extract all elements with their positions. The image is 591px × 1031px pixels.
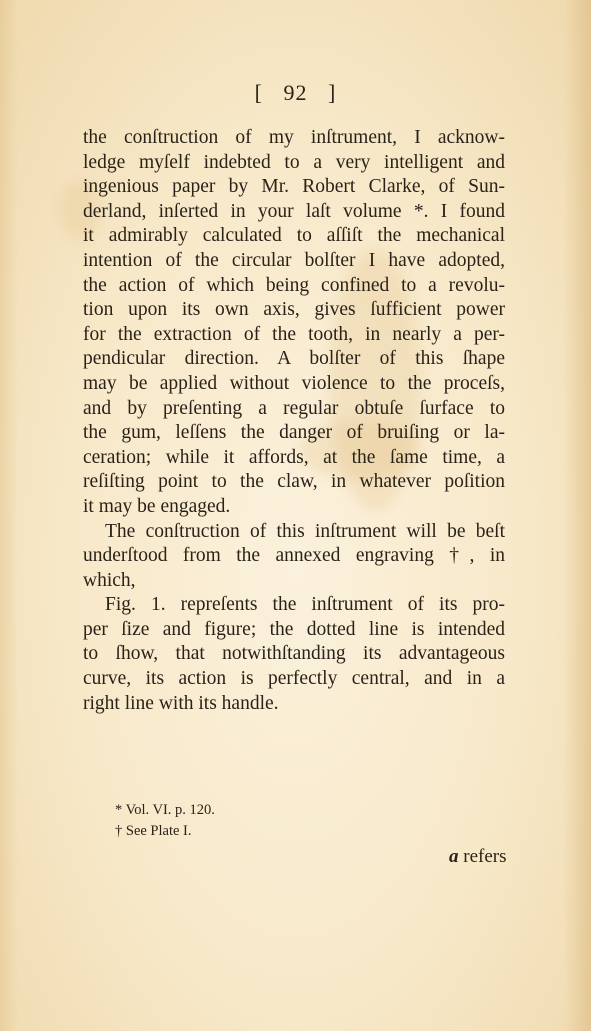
text-line: intention of the circular bolſter I have… [83,249,505,274]
text-line: right line with its handle. [83,692,505,717]
text-line: per ſize and figure; the dotted line is … [83,618,505,643]
page-number: [ 92 ] [0,80,591,106]
page-edge-shadow-left [0,0,18,1031]
text-line: ledge myſelf indebted to a very intellig… [83,151,505,176]
text-line: for the extraction of the tooth, in near… [83,323,505,348]
footnote-1: * Vol. VI. p. 120. [115,800,215,821]
text-line: ingenious paper by Mr. Robert Clarke, of… [83,175,505,200]
footnote-text: Vol. VI. p. 120. [126,802,215,818]
text-line: The conſtruction of this inſtrument will… [83,520,505,545]
text-line: pendicular direction. A bolſter of this … [83,347,505,372]
text-line: it may be engaged. [83,495,505,520]
text-line: and by preſenting a regular obtuſe ſurfa… [83,397,505,422]
footnote-marker: † [115,823,122,839]
text-line: the conſtruction of my inſtrument, I ack… [83,126,505,151]
body-text: the conſtruction of my inſtrument, I ack… [83,126,505,716]
text-line: derland, inſerted in your laſt volume *.… [83,200,505,225]
text-line: to ſhow, that notwithſtanding its advant… [83,642,505,667]
text-line: reſiſting point to the claw, in whatever… [83,470,505,495]
text-line: which, [83,569,505,594]
text-line: may be applied without violence to the p… [83,372,505,397]
catchword: a refers [449,846,507,868]
catchword-text: refers [463,846,506,867]
catchword-italic: a [449,846,459,867]
text-line: the action of which being confined to a … [83,274,505,299]
footnotes: * Vol. VI. p. 120. † See Plate I. [115,800,215,842]
text-line: ceration; while it affords, at the ſame … [83,446,505,471]
text-line: tion upon its own axis, gives ſufficient… [83,298,505,323]
footnote-text: See Plate I. [126,823,192,839]
page-edge-shadow-right [563,0,591,1031]
text-line: it admirably calculated to aſſiſt the me… [83,224,505,249]
footnote-2: † See Plate I. [115,821,215,842]
text-line: the gum, leſſens the danger of bruiſing … [83,421,505,446]
footnote-marker: * [115,802,122,818]
text-line: curve, its action is perfectly central, … [83,667,505,692]
text-line: underſtood from the annexed engraving †,… [83,544,505,569]
text-line: Fig. 1. repreſents the inſtrument of its… [83,593,505,618]
